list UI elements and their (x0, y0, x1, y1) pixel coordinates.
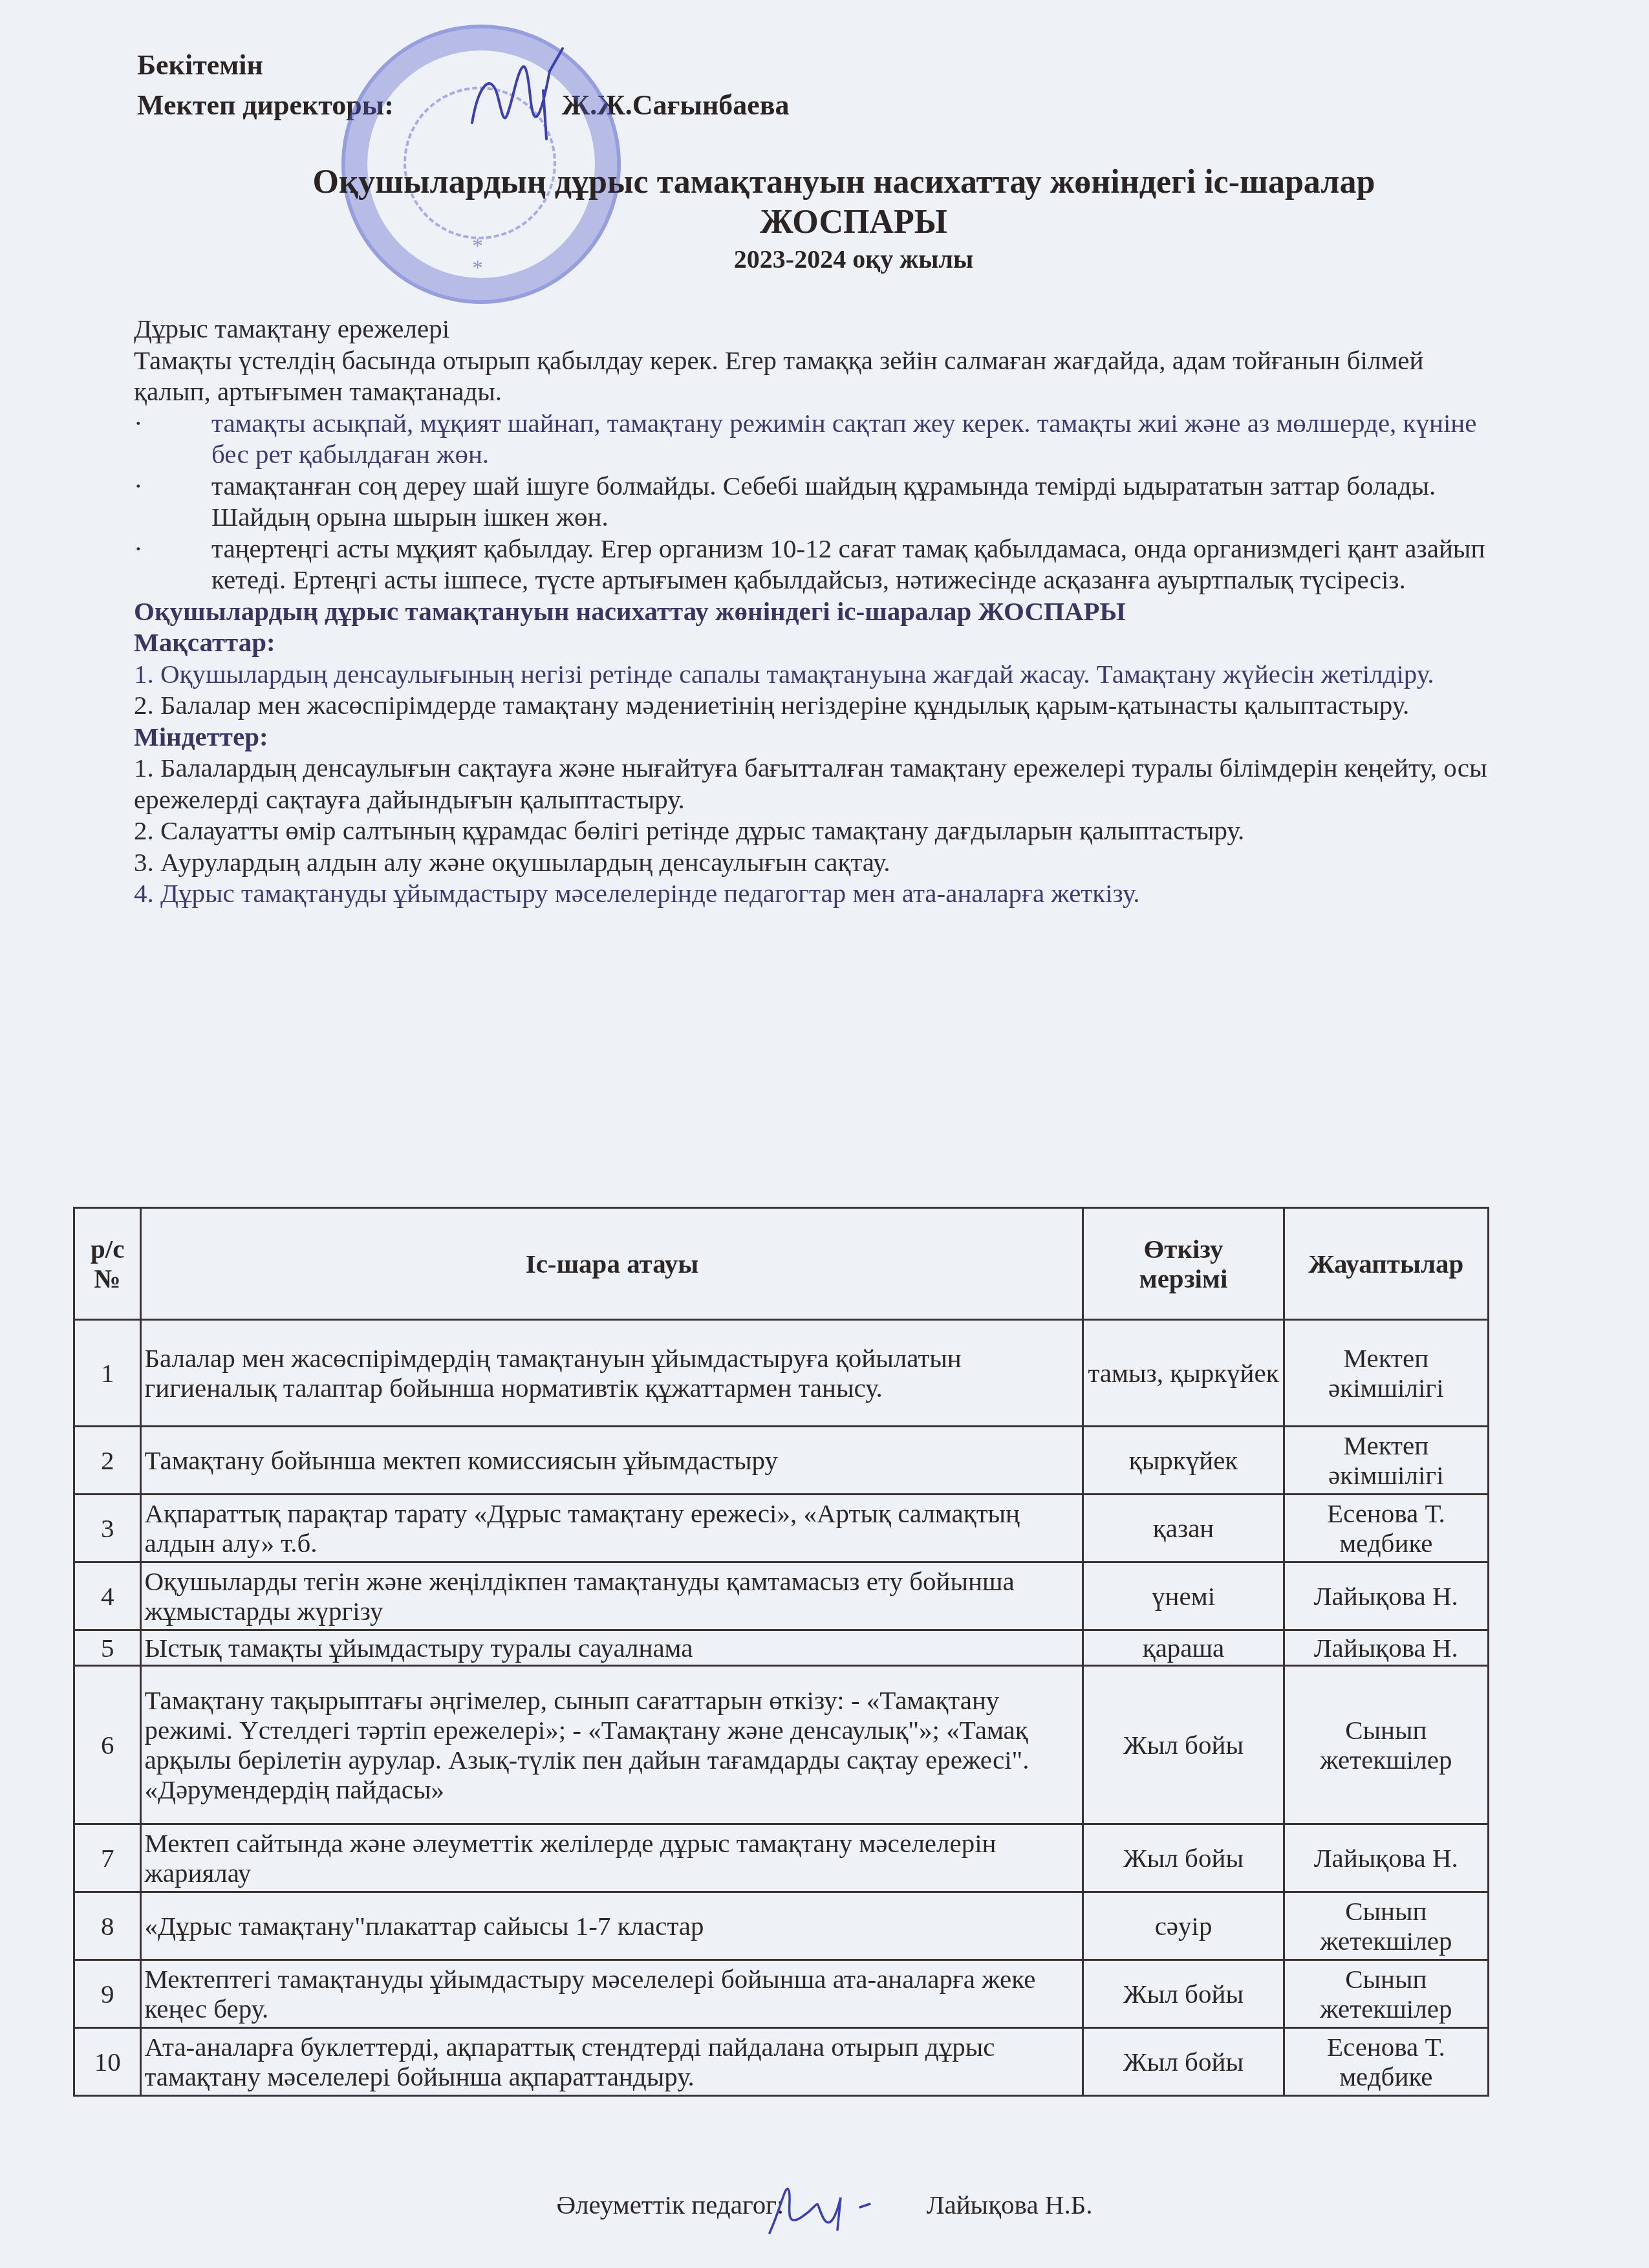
document-title: Оқушылардың дұрыс тамақтануын насихаттау… (0, 162, 1649, 277)
rule-item: · тамақты асықпай, мұқият шайнап, тамақт… (134, 407, 1492, 470)
row-number: 8 (74, 1892, 141, 1960)
table-row: 6Тамақтану тақырыптағы әңгімелер, сынып … (74, 1666, 1489, 1824)
row-number: 7 (74, 1824, 141, 1892)
activity-name: Тамақтану бойынша мектеп комиссиясын ұйы… (141, 1427, 1083, 1495)
task-item: 1. Балалардың денсаулығын сақтауға және … (134, 752, 1492, 815)
rule-text: таңертеңгі асты мұқият қабылдау. Егер ор… (211, 533, 1492, 596)
table-row: 4Оқушыларды тегін және жеңілдікпен тамақ… (74, 1562, 1489, 1630)
director-name: Ж.Ж.Сағынбаева (562, 85, 790, 125)
table-row: 9Мектептегі тамақтануды ұйымдастыру мәсе… (74, 1960, 1489, 2028)
activity-name: Оқушыларды тегін және жеңілдікпен тамақт… (141, 1562, 1083, 1630)
row-number: 3 (74, 1495, 141, 1562)
document-page: Бекітемін Мектеп директоры: Ж.Ж.Сағынбае… (0, 0, 1649, 2268)
table-row: 2Тамақтану бойынша мектеп комиссиясын ұй… (74, 1427, 1489, 1495)
header-timeframe: Өткізумерзімі (1083, 1208, 1284, 1320)
activity-name: Ата-аналарға буклеттерді, ақпараттық сте… (141, 2028, 1083, 2096)
activities-table: р/с№ Іс-шара атауы Өткізумерзімі Жауапты… (73, 1207, 1489, 2097)
rule-item: · тамақтанған соң дереу шай ішуге болмай… (134, 470, 1492, 533)
timeframe: үнемі (1083, 1562, 1284, 1630)
activity-name: Мектептегі тамақтануды ұйымдастыру мәсел… (141, 1960, 1083, 2028)
responsible: Лайықова Н. (1284, 1824, 1488, 1892)
tasks-heading: Міндеттер: (134, 721, 1492, 753)
responsible: Сынып жетекшілер (1284, 1960, 1488, 2028)
bullet-icon: · (134, 533, 211, 596)
timeframe: Жыл бойы (1083, 2028, 1284, 2096)
table-header-row: р/с№ Іс-шара атауы Өткізумерзімі Жауапты… (74, 1208, 1489, 1320)
approval-block: Бекітемін Мектеп директоры: Ж.Ж.Сағынбае… (137, 45, 790, 125)
footer-role: Әлеуметтік педагог: (557, 2190, 784, 2219)
responsible: Лайықова Н. (1284, 1562, 1488, 1630)
timeframe: қараша (1083, 1630, 1284, 1666)
task-item: 2. Салауатты өмір салтының құрамдас бөлі… (134, 815, 1492, 847)
activity-name: «Дұрыс тамақтану"плакаттар сайысы 1-7 кл… (141, 1892, 1083, 1960)
responsible: Сынып жетекшілер (1284, 1666, 1488, 1824)
timeframe: Жыл бойы (1083, 1666, 1284, 1824)
timeframe: қыркүйек (1083, 1427, 1284, 1495)
responsible: Мектеп әкімшілігі (1284, 1320, 1488, 1427)
title-line-2: ЖОСПАРЫ (58, 203, 1649, 242)
responsible: Есенова Т. медбике (1284, 1495, 1488, 1562)
goal-item: 2. Балалар мен жасөспірімдерде тамақтану… (134, 689, 1492, 721)
table-row: 10Ата-аналарға буклеттерді, ақпараттық с… (74, 2028, 1489, 2096)
activity-name: Мектеп сайтында және әлеуметтік желілерд… (141, 1824, 1083, 1892)
title-line-1: Оқушылардың дұрыс тамақтануын насихаттау… (39, 162, 1649, 203)
row-number: 1 (74, 1320, 141, 1427)
activity-name: Ыстық тамақты ұйымдастыру туралы сауална… (141, 1630, 1083, 1666)
rule-text: тамақты асықпай, мұқият шайнап, тамақтан… (211, 407, 1492, 470)
row-number: 5 (74, 1630, 141, 1666)
responsible: Мектеп әкімшілігі (1284, 1427, 1488, 1495)
goal-item: 1. Оқушылардың денсаулығының негізі реті… (134, 658, 1492, 690)
bullet-icon: · (134, 470, 211, 533)
rules-heading: Дұрыс тамақтану ережелері (134, 313, 1492, 345)
header-activity-name: Іс-шара атауы (141, 1208, 1083, 1320)
goals-heading: Мақсаттар: (134, 627, 1492, 658)
row-number: 6 (74, 1666, 141, 1824)
header-responsible: Жауаптылар (1284, 1208, 1488, 1320)
activity-name: Тамақтану тақырыптағы әңгімелер, сынып с… (141, 1666, 1083, 1824)
signature-footer: Әлеуметтік педагог: Лайықова Н.Б. (0, 2189, 1649, 2220)
table-row: 5Ыстық тамақты ұйымдастыру туралы сауалн… (74, 1630, 1489, 1666)
row-number: 9 (74, 1960, 141, 2028)
rule-item: · таңертеңгі асты мұқият қабылдау. Егер … (134, 533, 1492, 596)
footer-name: Лайықова Н.Б. (927, 2190, 1093, 2219)
timeframe: Жыл бойы (1083, 1824, 1284, 1892)
timeframe: тамыз, қыркүйек (1083, 1320, 1284, 1427)
director-label: Мектеп директоры: (137, 85, 394, 125)
responsible: Сынып жетекшілер (1284, 1892, 1488, 1960)
task-item: 3. Аурулардың алдын алу және оқушылардың… (134, 847, 1492, 878)
responsible: Есенова Т. медбике (1284, 2028, 1488, 2096)
responsible: Лайықова Н. (1284, 1630, 1488, 1666)
row-number: 2 (74, 1427, 141, 1495)
task-item: 4. Дұрыс тамақтануды ұйымдастыру мәселел… (134, 878, 1492, 909)
rules-intro: Тамақты үстелдің басында отырып қабылдау… (134, 345, 1492, 407)
activity-name: Балалар мен жасөспірімдердің тамақтануын… (141, 1320, 1083, 1427)
row-number: 4 (74, 1562, 141, 1630)
table-row: 1Балалар мен жасөспірімдердің тамақтануы… (74, 1320, 1489, 1427)
bullet-icon: · (134, 407, 211, 470)
plan-heading: Оқушылардың дұрыс тамақтануын насихаттау… (134, 596, 1492, 627)
table-row: 3Ақпараттық парақтар тарату «Дұрыс тамақ… (74, 1495, 1489, 1562)
rule-text: тамақтанған соң дереу шай ішуге болмайды… (211, 470, 1492, 533)
header-number: р/с№ (74, 1208, 141, 1320)
timeframe: Жыл бойы (1083, 1960, 1284, 2028)
timeframe: қазан (1083, 1495, 1284, 1562)
document-body: Дұрыс тамақтану ережелері Тамақты үстелд… (134, 313, 1492, 909)
timeframe: сәуір (1083, 1892, 1284, 1960)
approval-label: Бекітемін (137, 45, 263, 85)
table-row: 7Мектеп сайтында және әлеуметтік желілер… (74, 1824, 1489, 1892)
activity-name: Ақпараттық парақтар тарату «Дұрыс тамақт… (141, 1495, 1083, 1562)
table-row: 8«Дұрыс тамақтану"плакаттар сайысы 1-7 к… (74, 1892, 1489, 1960)
title-academic-year: 2023-2024 оқу жылы (58, 242, 1649, 277)
row-number: 10 (74, 2028, 141, 2096)
